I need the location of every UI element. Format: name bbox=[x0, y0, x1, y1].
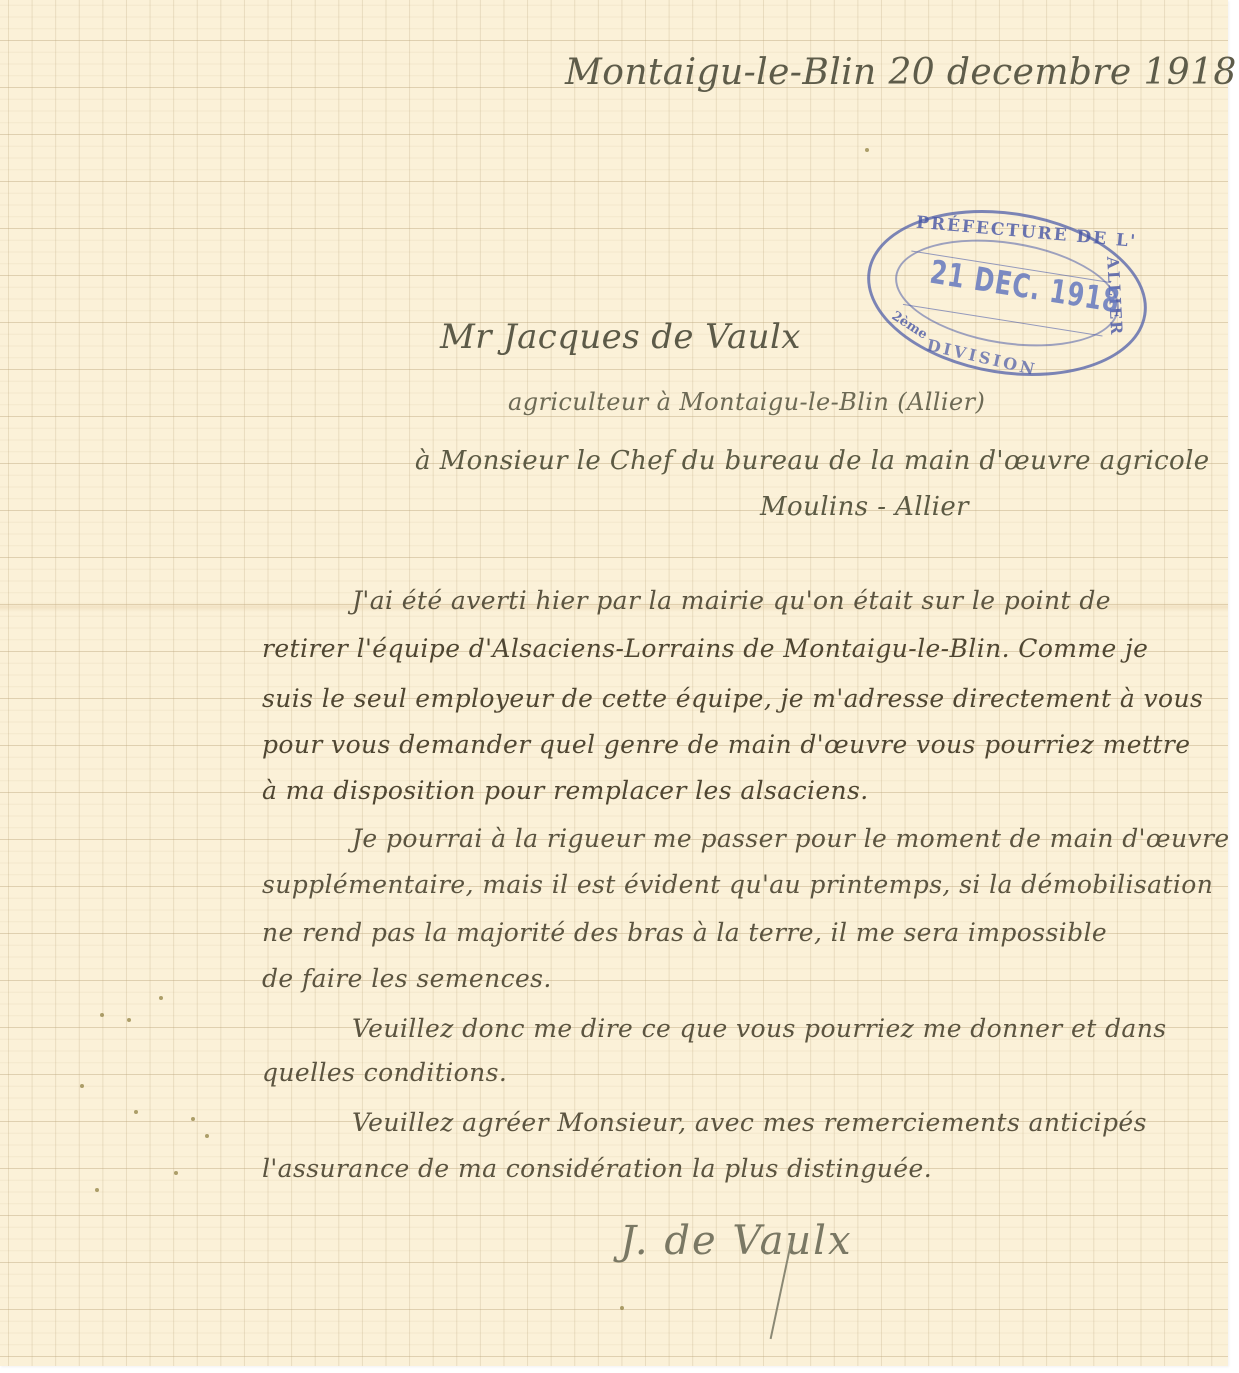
sender-occupation-line: agriculteur à Montaigu-le-Blin (Allier) bbox=[508, 388, 985, 416]
paper-speck bbox=[865, 148, 869, 152]
paper-speck bbox=[620, 1306, 624, 1310]
body-line: supplémentaire, mais il est évident qu'a… bbox=[262, 870, 1213, 899]
body-line: Veuillez agréer Monsieur, avec mes remer… bbox=[352, 1108, 1147, 1137]
body-line: de faire les semences. bbox=[262, 964, 552, 993]
body-line: Je pourrai à la rigueur me passer pour l… bbox=[352, 824, 1230, 853]
paper-speck bbox=[191, 1117, 195, 1121]
body-line: ne rend pas la majorité des bras à la te… bbox=[262, 918, 1107, 947]
paper-speck bbox=[205, 1134, 209, 1138]
body-line: retirer l'équipe d'Alsaciens-Lorrains de… bbox=[262, 634, 1148, 663]
body-line: à ma disposition pour remplacer les alsa… bbox=[262, 776, 869, 805]
sender-name: Mr Jacques de Vaulx bbox=[440, 317, 801, 357]
paper-speck bbox=[174, 1171, 178, 1175]
paper-speck bbox=[100, 1013, 104, 1017]
body-line: pour vous demander quel genre de main d'… bbox=[262, 730, 1190, 759]
prefecture-received-stamp: PRÉFECTURE DE L' ALLIER 21 DEC. 1918 2èm… bbox=[855, 191, 1159, 395]
recipient-line: à Monsieur le Chef du bureau de la main … bbox=[415, 446, 1210, 476]
body-line: Veuillez donc me dire ce que vous pourri… bbox=[352, 1014, 1166, 1043]
body-line: J'ai été averti hier par la mairie qu'on… bbox=[352, 586, 1111, 615]
recipient-location-line: Moulins - Allier bbox=[760, 492, 969, 522]
body-line: l'assurance de ma considération la plus … bbox=[262, 1154, 932, 1183]
paper-speck bbox=[134, 1110, 138, 1114]
body-line: quelles conditions. bbox=[262, 1058, 507, 1087]
letter-paper: Montaigu-le-Blin 20 decembre 1918. PRÉFE… bbox=[0, 0, 1228, 1366]
paper-speck bbox=[159, 996, 163, 1000]
paper-speck bbox=[95, 1188, 99, 1192]
body-line: suis le seul employeur de cette équipe, … bbox=[262, 684, 1203, 713]
paper-speck bbox=[127, 1018, 131, 1022]
signature: J. de Vaulx bbox=[620, 1218, 853, 1264]
place-date-line: Montaigu-le-Blin 20 decembre 1918. bbox=[565, 52, 1239, 93]
paper-speck bbox=[80, 1084, 84, 1088]
